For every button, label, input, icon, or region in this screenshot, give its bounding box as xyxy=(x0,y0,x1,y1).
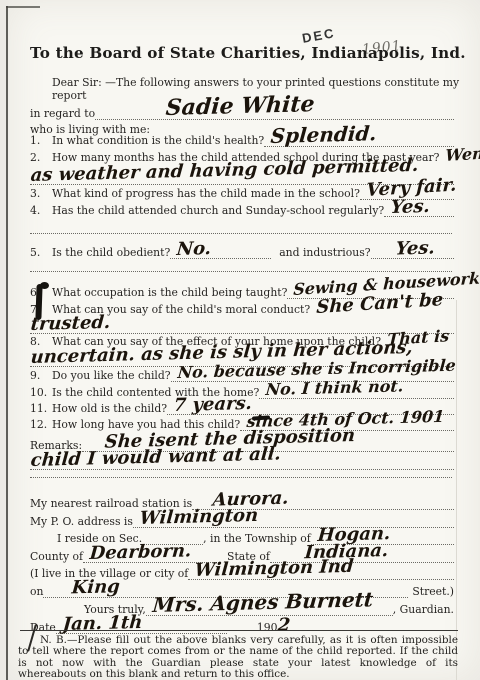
guardian-label: , Guardian. xyxy=(393,603,454,616)
name-field: Sadie White xyxy=(95,99,454,120)
remarks-field-2: child I would want at all. xyxy=(30,453,454,470)
question-2-number: 2. xyxy=(30,151,52,164)
question-4-number: 4. xyxy=(30,204,52,217)
street-label: Street.) xyxy=(408,585,454,598)
question-5-text: Is the child obedient? xyxy=(52,246,170,259)
scanned-form-page: DEC 1901 To the Board of State Charities… xyxy=(0,0,480,680)
in-regard-to-label: in regard to xyxy=(30,107,95,120)
footer-divider-rule xyxy=(20,630,458,631)
blank-continuation-line-2 xyxy=(30,271,452,272)
in-regard-to-row: in regard to Sadie White xyxy=(30,98,454,120)
question-7-answer-handwriting: She Can't be xyxy=(316,292,443,316)
nb-notice-paragraph: N. B.—Please fill out the above blanks v… xyxy=(18,635,458,680)
question-5-answer-handwriting: No. xyxy=(176,241,212,258)
blank-continuation-line-3 xyxy=(30,477,452,478)
date-row: Date Jan. 1th 190 2 xyxy=(30,616,454,634)
township-label: , in the Township of xyxy=(203,532,311,545)
on-label: on xyxy=(30,585,43,598)
remarks-handwriting-2: child I would want at all. xyxy=(30,446,281,469)
question-1-text: In what condition is the child's health? xyxy=(52,134,264,147)
question-1-answer-field: Splendid. xyxy=(264,127,454,147)
question-5-answer-field-2: Yes. xyxy=(371,242,454,259)
scan-top-edge xyxy=(6,6,40,8)
question-6-text: What occupation is the child being taugh… xyxy=(52,286,287,299)
question-2-answer-field: Went steady xyxy=(439,149,454,164)
po-address-handwriting: Wilmington xyxy=(139,508,259,527)
ink-blot xyxy=(35,284,42,320)
form-title: To the Board of State Charities, Indiana… xyxy=(30,44,466,62)
street-handwriting: King xyxy=(49,579,120,597)
question-11-text: How old is the child? xyxy=(52,402,167,415)
question-9-answer-handwriting: No. because she is Incorrigible xyxy=(177,359,456,381)
question-12-number: 12. xyxy=(30,418,52,431)
question-4-answer-handwriting: Yes. xyxy=(390,199,430,216)
question-11-number: 11. xyxy=(30,402,52,415)
county-handwriting: Dearborn. xyxy=(89,543,192,562)
question-1-row: 1. In what condition is the child's heal… xyxy=(30,131,454,147)
question-10-answer-handwriting: No. I think not. xyxy=(265,379,404,397)
question-7-answer-handwriting-2: trusted. xyxy=(30,315,111,333)
question-1-answer-handwriting: Splendid. xyxy=(270,124,377,145)
question-5-number: 5. xyxy=(30,246,52,259)
county-label: County of xyxy=(30,550,83,563)
question-5-answer-field: No. xyxy=(170,242,271,259)
village-field: Wilmington Ind xyxy=(188,563,454,580)
remarks-row-2: child I would want at all. xyxy=(30,452,454,470)
child-name-handwriting: Sadie White xyxy=(165,95,315,119)
blank-continuation-line-1 xyxy=(30,233,452,234)
question-10-answer-field: No. I think not. xyxy=(259,383,454,399)
ink-blot-drip xyxy=(40,282,49,289)
question-5-answer-handwriting-2: Yes. xyxy=(377,240,435,258)
year-handwriting: 2 xyxy=(277,617,291,634)
signature-handwriting: Mrs. Agnes Burnett xyxy=(152,590,374,614)
signature-field: Mrs. Agnes Burnett xyxy=(146,596,393,616)
po-address-field: Wilmington xyxy=(133,511,454,528)
village-handwriting: Wilmington Ind xyxy=(194,559,354,579)
year-printed: 190 xyxy=(227,621,278,634)
question-7-answer-field: She Can't be xyxy=(310,300,454,316)
question-5-row: 5. Is the child obedient? No. and indust… xyxy=(30,243,454,259)
question-3-number: 3. xyxy=(30,187,52,200)
question-3-text: What kind of progress has the child made… xyxy=(52,187,360,200)
question-10-number: 10. xyxy=(30,386,52,399)
scan-left-edge xyxy=(6,6,8,680)
question-4-row: 4. Has the child attended church and Sun… xyxy=(30,201,454,217)
question-2-answer-handwriting: Went steady xyxy=(445,142,480,163)
po-address-label: My P. O. address is xyxy=(30,515,133,528)
question-9-text: Do you like the child? xyxy=(52,369,171,382)
date-field: Jan. 1th xyxy=(56,617,227,634)
question-11-answer-handwriting: 7 years. xyxy=(173,396,253,414)
question-4-text: Has the child attended church and Sunday… xyxy=(52,204,384,217)
question-5-text-2: and industrious? xyxy=(271,246,370,259)
question-9-number: 9. xyxy=(30,369,52,382)
question-4-answer-field: Yes. xyxy=(384,200,454,217)
question-1-number: 1. xyxy=(30,134,52,147)
